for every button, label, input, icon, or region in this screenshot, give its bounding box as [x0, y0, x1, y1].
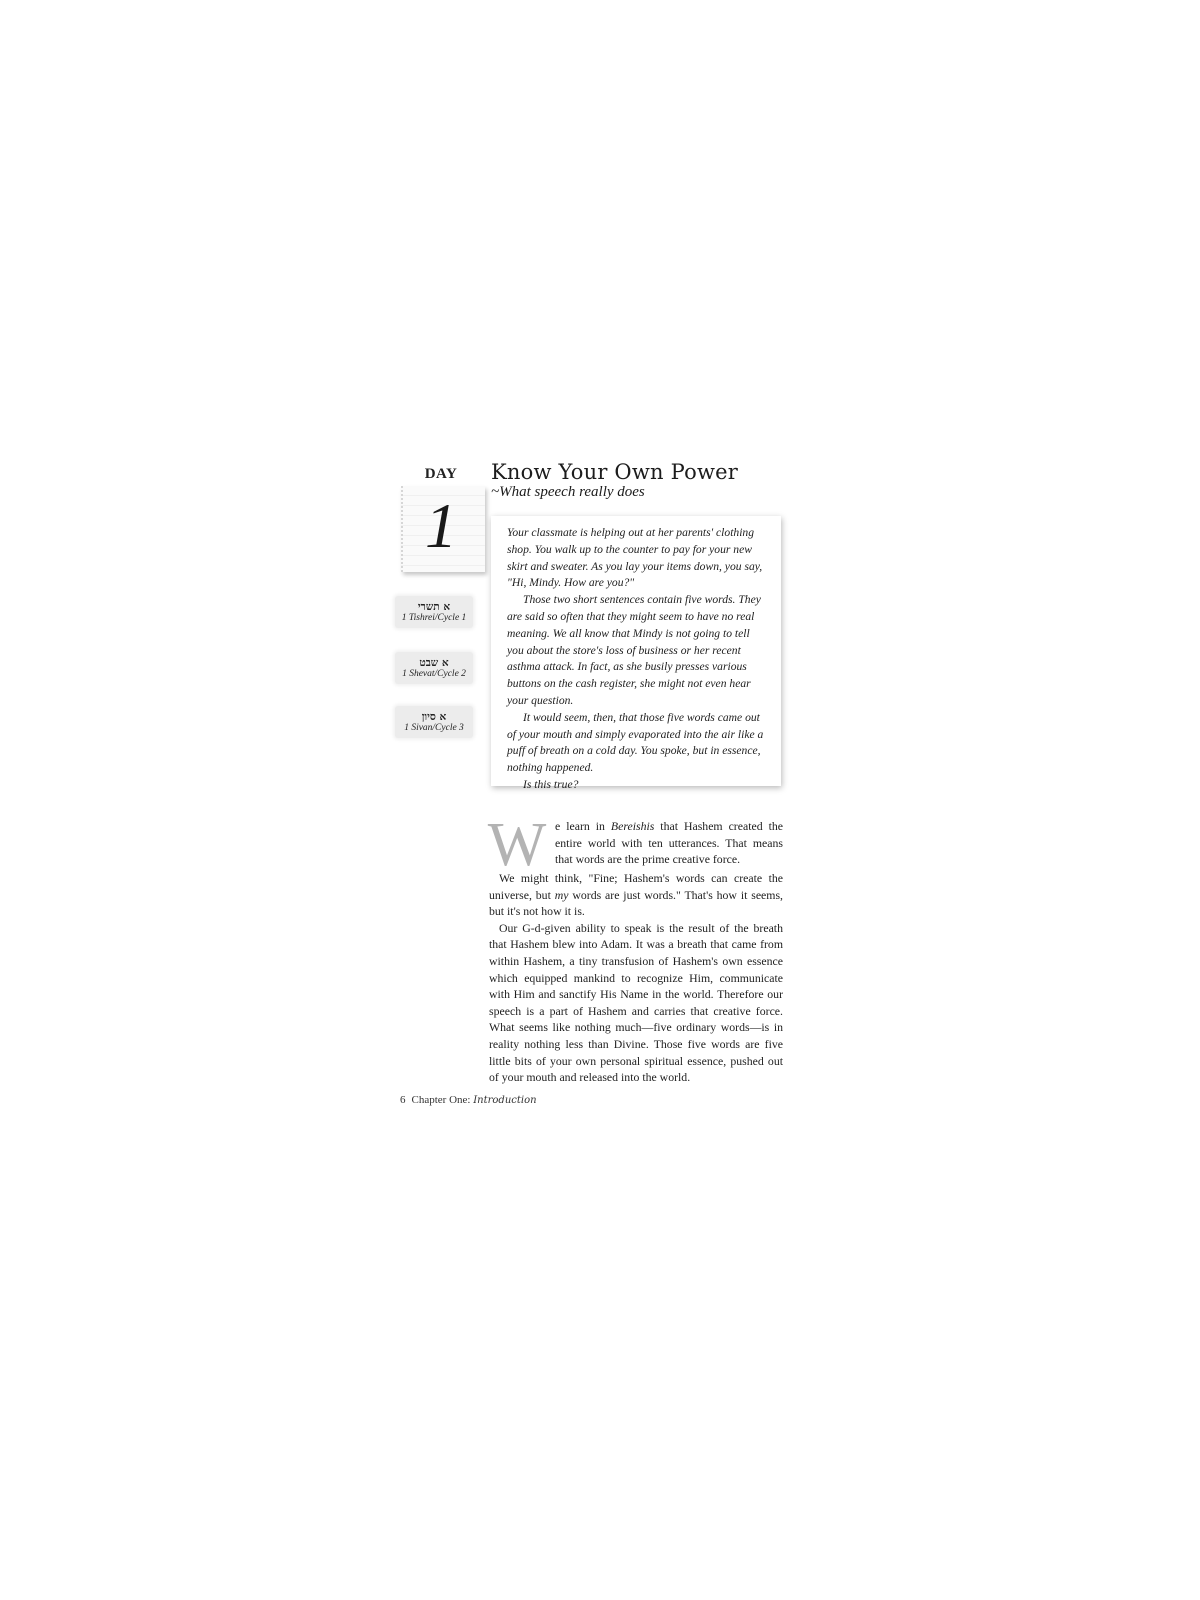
- body-paragraph-2: We might think, "Fine; Hashem's words ca…: [489, 870, 783, 920]
- body-text: We learn in Bereishis that Hashem create…: [489, 818, 783, 1086]
- day-calendar-block: DAY 1: [399, 466, 483, 574]
- page-title: Know Your Own Power: [491, 460, 738, 484]
- drop-cap: W: [485, 820, 549, 870]
- text-run: e learn in: [555, 819, 611, 833]
- english-date: 1 Tishrei/Cycle 1: [395, 613, 473, 624]
- italic-emphasis: my: [555, 888, 569, 902]
- hebrew-date: א סיון: [395, 706, 473, 723]
- italic-term: Bereishis: [611, 819, 654, 833]
- page-number: 6: [400, 1094, 406, 1106]
- story-paragraph: Your classmate is helping out at her par…: [507, 525, 767, 592]
- story-box: Your classmate is helping out at her par…: [491, 516, 781, 786]
- story-paragraph: It would seem, then, that those five wor…: [507, 710, 767, 777]
- story-paragraph: Those two short sentences contain five w…: [507, 592, 767, 710]
- date-tag-cycle-2: א שבט 1 Shevat/Cycle 2: [395, 652, 473, 684]
- hebrew-date: א תשרי: [395, 596, 473, 613]
- day-label: DAY: [399, 466, 483, 483]
- date-tag-cycle-3: א סיון 1 Sivan/Cycle 3: [395, 706, 473, 738]
- book-page: DAY 1 א תשרי 1 Tishrei/Cycle 1 א שבט 1 S…: [0, 0, 1200, 1600]
- page-subtitle: ~What speech really does: [491, 484, 645, 501]
- body-paragraph-3: Our G-d-given ability to speak is the re…: [489, 920, 783, 1086]
- day-number: 1: [399, 494, 483, 558]
- story-paragraph: Is this true?: [507, 777, 767, 794]
- section-label: Introduction: [473, 1095, 536, 1106]
- page-footer: 6Chapter One: Introduction: [400, 1094, 537, 1106]
- hebrew-date: א שבט: [395, 652, 473, 669]
- chapter-label: Chapter One:: [412, 1094, 474, 1106]
- english-date: 1 Shevat/Cycle 2: [395, 669, 473, 680]
- date-tag-cycle-1: א תשרי 1 Tishrei/Cycle 1: [395, 596, 473, 628]
- english-date: 1 Sivan/Cycle 3: [395, 723, 473, 734]
- body-paragraph-1: We learn in Bereishis that Hashem create…: [489, 818, 783, 868]
